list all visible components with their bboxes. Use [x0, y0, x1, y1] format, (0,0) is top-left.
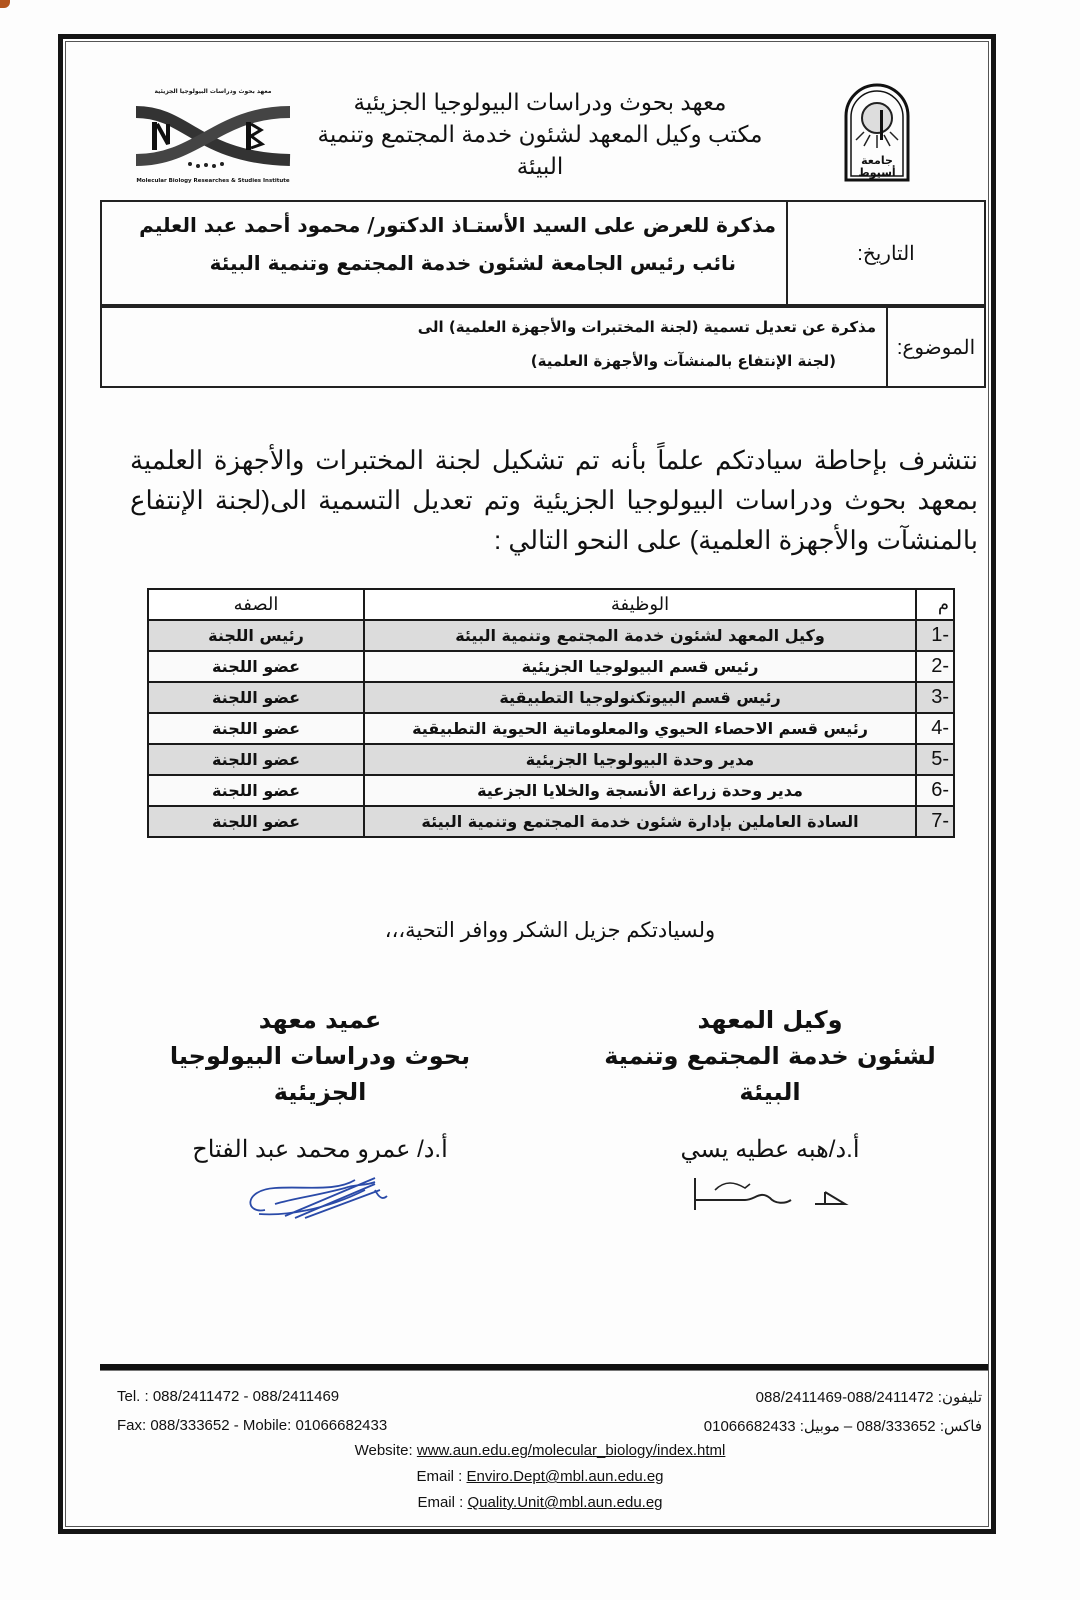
office-line: مكتب وكيل المعهد لشئون خدمة المجتمع وتنم…: [300, 118, 780, 182]
institute-name: معهد بحوث ودراسات البيولوجيا الجزيئية: [300, 86, 780, 118]
website-label: Website:: [355, 1442, 413, 1459]
committee-table: م الوظيفة الصفه 1- وكيل المعهد لشئون خدم…: [147, 588, 955, 838]
letterhead-title: معهد بحوث ودراسات البيولوجيا الجزيئية مك…: [300, 86, 780, 182]
university-logo: جامعة أسيوط: [842, 80, 912, 184]
row-num: 5-: [916, 744, 954, 775]
row-role: عضو اللجنة: [148, 713, 364, 744]
subject-cell: مذكرة عن تعديل تسمية (لجنة المختبرات وال…: [102, 308, 886, 386]
row-position: مدير وحدة زراعة الأنسجة والخلايا الجزعية: [364, 775, 916, 806]
row-num: 3-: [916, 682, 954, 713]
footer-tel-en: Tel. : 088/2411472 - 088/2411469: [117, 1388, 339, 1405]
dna-logo-icon: [128, 98, 298, 174]
signature-block-vice-dean: وكيل المعهد لشئون خدمة المجتمع وتنمية ال…: [580, 1002, 960, 1214]
header-role: الصفه: [148, 589, 364, 620]
signature-block-dean: عميد معهد بحوث ودراسات البيولوجيا الجزيئ…: [130, 1002, 510, 1224]
subject-label: الموضوع:: [886, 308, 984, 386]
date-label: التاريخ:: [857, 241, 914, 266]
handwritten-signature-icon: [675, 1170, 865, 1214]
logo-bottom-text: Molecular Biology Researches & Studies I…: [128, 178, 298, 188]
logo-top-text: معهد بحوث ودراسات البيولوجيا الجزيئية: [128, 88, 298, 98]
signatory-title-2: لشئون خدمة المجتمع وتنمية البيئة: [580, 1038, 960, 1110]
row-position: مدير وحدة البيولوجيا الجزيئية: [364, 744, 916, 775]
subject-line-1: مذكرة عن تعديل تسمية (لجنة المختبرات وال…: [112, 310, 876, 344]
row-num: 6-: [916, 775, 954, 806]
row-num: 7-: [916, 806, 954, 837]
row-position: رئيس قسم البيوتكنولوجيا التطبيقية: [364, 682, 916, 713]
email-link-enviro[interactable]: Enviro.Dept@mbl.aun.edu.eg: [467, 1468, 664, 1485]
signatory-title-1: عميد معهد: [130, 1002, 510, 1038]
row-role: عضو اللجنة: [148, 651, 364, 682]
table-row: 6- مدير وحدة زراعة الأنسجة والخلايا الجز…: [148, 775, 954, 806]
row-role: رئيس اللجنة: [148, 620, 364, 651]
footer-fax-en: Fax: 088/333652 - Mobile: 01066682433: [117, 1417, 387, 1434]
signatory-name: أ.د/هبه عطيه يسي: [580, 1130, 960, 1170]
table-header-row: م الوظيفة الصفه: [148, 589, 954, 620]
addressee-line-2: نائب رئيس الجامعة لشئون خدمة المجتمع وتن…: [112, 244, 776, 282]
footer-divider: [100, 1364, 988, 1371]
row-num: 1-: [916, 620, 954, 651]
row-role: عضو اللجنة: [148, 744, 364, 775]
university-emblem-icon: جامعة أسيوط: [842, 80, 912, 184]
svg-text:أسيوط: أسيوط: [858, 165, 895, 179]
header-position: الوظيفة: [364, 589, 916, 620]
body-paragraph: نتشرف بإحاطة سيادتكم علماً بأنه تم تشكيل…: [130, 440, 978, 560]
signatory-title-2: بحوث ودراسات البيولوجيا الجزيئية: [130, 1038, 510, 1110]
row-role: عضو اللجنة: [148, 775, 364, 806]
table-row: 5- مدير وحدة البيولوجيا الجزيئية عضو الل…: [148, 744, 954, 775]
row-num: 4-: [916, 713, 954, 744]
table-row: 2- رئيس قسم البيولوجيا الجزيئية عضو اللج…: [148, 651, 954, 682]
footer-email-line-1: Email : Enviro.Dept@mbl.aun.edu.eg: [0, 1468, 1080, 1485]
row-role: عضو اللجنة: [148, 682, 364, 713]
date-cell: التاريخ:: [786, 202, 984, 304]
website-link[interactable]: www.aun.edu.eg/molecular_biology/index.h…: [417, 1442, 726, 1459]
subject-line-2: (لجنة الإنتفاع بالمنشآت والأجهزة العلمية…: [112, 344, 876, 378]
row-role: عضو اللجنة: [148, 806, 364, 837]
table-row: 4- رئيس قسم الاحصاء الحيوي والمعلوماتية …: [148, 713, 954, 744]
signatory-title-1: وكيل المعهد: [580, 1002, 960, 1038]
memo-addressee-box: التاريخ: مذكرة للعرض على السيد الأستـاذ …: [100, 200, 986, 306]
row-position: وكيل المعهد لشئون خدمة المجتمع وتنمية ال…: [364, 620, 916, 651]
table-row: 7- السادة العاملين بإدارة شئون خدمة المج…: [148, 806, 954, 837]
row-position: السادة العاملين بإدارة شئون خدمة المجتمع…: [364, 806, 916, 837]
closing-salutation: ولسيادتكم جزيل الشكر ووافر التحية،،،: [300, 918, 800, 943]
institute-logo: معهد بحوث ودراسات البيولوجيا الجزيئية Mo…: [128, 88, 298, 188]
footer-tel-ar: تليفون: 088/2411472-088/2411469: [756, 1388, 982, 1406]
email-link-quality[interactable]: Quality.Unit@mbl.aun.edu.eg: [467, 1494, 662, 1511]
header-num: م: [916, 589, 954, 620]
row-position: رئيس قسم البيولوجيا الجزيئية: [364, 651, 916, 682]
footer-website-line: Website: www.aun.edu.eg/molecular_biolog…: [0, 1442, 1080, 1459]
memo-subject-box: الموضوع: مذكرة عن تعديل تسمية (لجنة المخ…: [100, 306, 986, 388]
scan-corner-mark: [0, 0, 10, 8]
addressee-line-1: مذكرة للعرض على السيد الأستـاذ الدكتور/ …: [112, 206, 776, 244]
email-label: Email :: [417, 1494, 463, 1511]
signatory-name: أ.د/ عمرو محمد عبد الفتاح: [130, 1130, 510, 1170]
footer-email-line-2: Email : Quality.Unit@mbl.aun.edu.eg: [0, 1494, 1080, 1511]
addressee-cell: مذكرة للعرض على السيد الأستـاذ الدكتور/ …: [102, 202, 786, 304]
table-row: 3- رئيس قسم البيوتكنولوجيا التطبيقية عضو…: [148, 682, 954, 713]
email-label: Email :: [416, 1468, 462, 1485]
row-num: 2-: [916, 651, 954, 682]
table-row: 1- وكيل المعهد لشئون خدمة المجتمع وتنمية…: [148, 620, 954, 651]
row-position: رئيس قسم الاحصاء الحيوي والمعلوماتية الح…: [364, 713, 916, 744]
footer-fax-ar: فاكس: 088/333652 – موبيل: 01066682433: [704, 1417, 982, 1435]
handwritten-signature-icon: [225, 1170, 415, 1224]
